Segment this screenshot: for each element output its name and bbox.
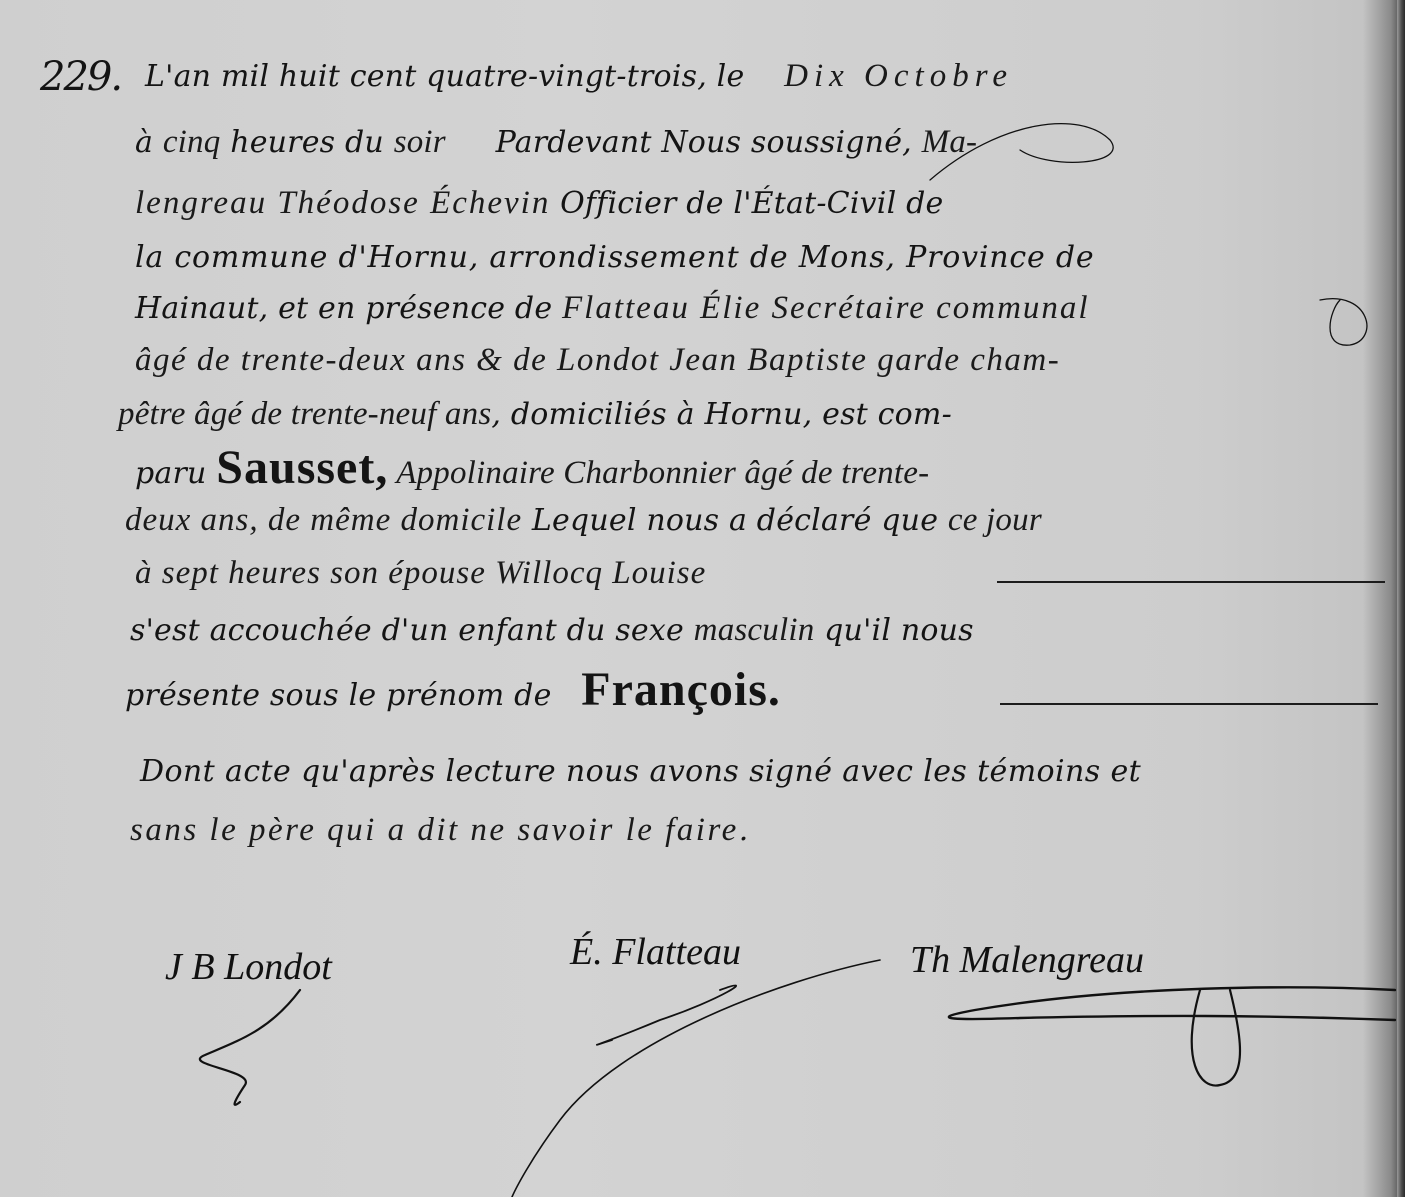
- record-line-9: deux ans, de même domicile Lequel nous a…: [125, 502, 1042, 539]
- child-first-name: François.: [581, 663, 781, 716]
- handwritten-witness-2: âgé de trente-deux ans & de Londot Jean …: [135, 342, 1060, 378]
- printed-text: qu'il nous: [814, 613, 973, 648]
- printed-text: Lequel nous a déclaré que: [522, 503, 948, 538]
- printed-text: L'an mil huit cent quatre-vingt-trois, l…: [145, 59, 754, 94]
- father-surname: Sausset,: [216, 441, 388, 494]
- printed-text: Officier de l'État-Civil de: [550, 186, 943, 221]
- handwritten-closing-clause: sans le père qui a dit ne savoir le fair…: [130, 812, 739, 848]
- handwritten-witness-2-age: pêtre âgé de trente-neuf ans: [118, 396, 491, 432]
- signature-witness-londot: J B Londot: [165, 945, 332, 989]
- record-line-1: L'an mil huit cent quatre-vingt-trois, l…: [145, 58, 1013, 95]
- record-line-12: présente sous le prénom de François.: [125, 662, 781, 717]
- printed-text: Dont acte qu'après lecture nous avons si…: [140, 754, 1141, 789]
- handwritten-time-of-day: soir: [394, 124, 446, 160]
- record-line-13: Dont acte qu'après lecture nous avons si…: [140, 754, 1141, 789]
- record-line-10: à sept heures son épouse Willocq Louise: [135, 555, 706, 592]
- printed-text: .: [739, 813, 749, 848]
- printed-text: à: [135, 125, 163, 160]
- printed-text: la commune d'Hornu, arrondissement de Mo…: [135, 240, 1094, 275]
- handwritten-hour: cinq: [163, 124, 221, 160]
- handwritten-mother-details: à sept heures son épouse Willocq Louise: [135, 555, 706, 591]
- register-page: 229. L'an mil huit cent quatre-vingt-tro…: [0, 0, 1405, 1197]
- record-line-5: Hainaut, et en présence de Flatteau Élie…: [135, 290, 1090, 327]
- handwritten-domicile: deux ans, de même domicile: [125, 502, 522, 538]
- book-binding-edge: [1397, 0, 1405, 1197]
- printed-text: s'est accouchée d'un enfant du sexe: [130, 613, 694, 648]
- signature-flourishes: [0, 0, 1405, 1197]
- handwritten-officer-name-start: Ma-: [922, 124, 978, 160]
- handwritten-sex: masculin: [694, 612, 815, 648]
- handwritten-date: Dix Octobre: [784, 58, 1013, 94]
- record-line-4: la commune d'Hornu, arrondissement de Mo…: [135, 240, 1094, 275]
- handwritten-this-day: ce jour: [948, 502, 1042, 538]
- record-line-11: s'est accouchée d'un enfant du sexe masc…: [130, 612, 974, 649]
- handwritten-father-details: Appolinaire Charbonnier âgé de trente-: [388, 455, 929, 491]
- signature-witness-flatteau: É. Flatteau: [570, 930, 741, 974]
- record-line-8: paru Sausset, Appolinaire Charbonnier âg…: [135, 440, 929, 495]
- handwritten-witness-1: Flatteau Élie Secrétaire communal: [562, 290, 1090, 326]
- printed-text: Hainaut, et en présence de: [135, 291, 562, 326]
- printed-text: Pardevant Nous soussigné,: [486, 125, 922, 160]
- printed-text: présente sous le prénom de: [125, 678, 561, 713]
- printed-text: paru: [135, 456, 216, 491]
- handwritten-officer-name: lengreau Théodose Échevin: [135, 185, 550, 221]
- record-line-7: pêtre âgé de trente-neuf ans, domiciliés…: [118, 396, 952, 433]
- record-line-3: lengreau Théodose Échevin Officier de l'…: [135, 185, 943, 222]
- record-line-14: sans le père qui a dit ne savoir le fair…: [130, 812, 748, 849]
- printed-text: heures du: [220, 125, 393, 160]
- record-line-2: à cinq heures du soir Pardevant Nous sou…: [135, 124, 977, 161]
- entry-number: 229.: [40, 54, 121, 100]
- fill-line: [1000, 703, 1378, 705]
- record-line-6: âgé de trente-deux ans & de Londot Jean …: [135, 342, 1060, 379]
- fill-line: [997, 581, 1385, 583]
- printed-text: , domiciliés à Hornu, est com-: [491, 397, 952, 432]
- signature-officer-malengreau: Th Malengreau: [910, 938, 1144, 982]
